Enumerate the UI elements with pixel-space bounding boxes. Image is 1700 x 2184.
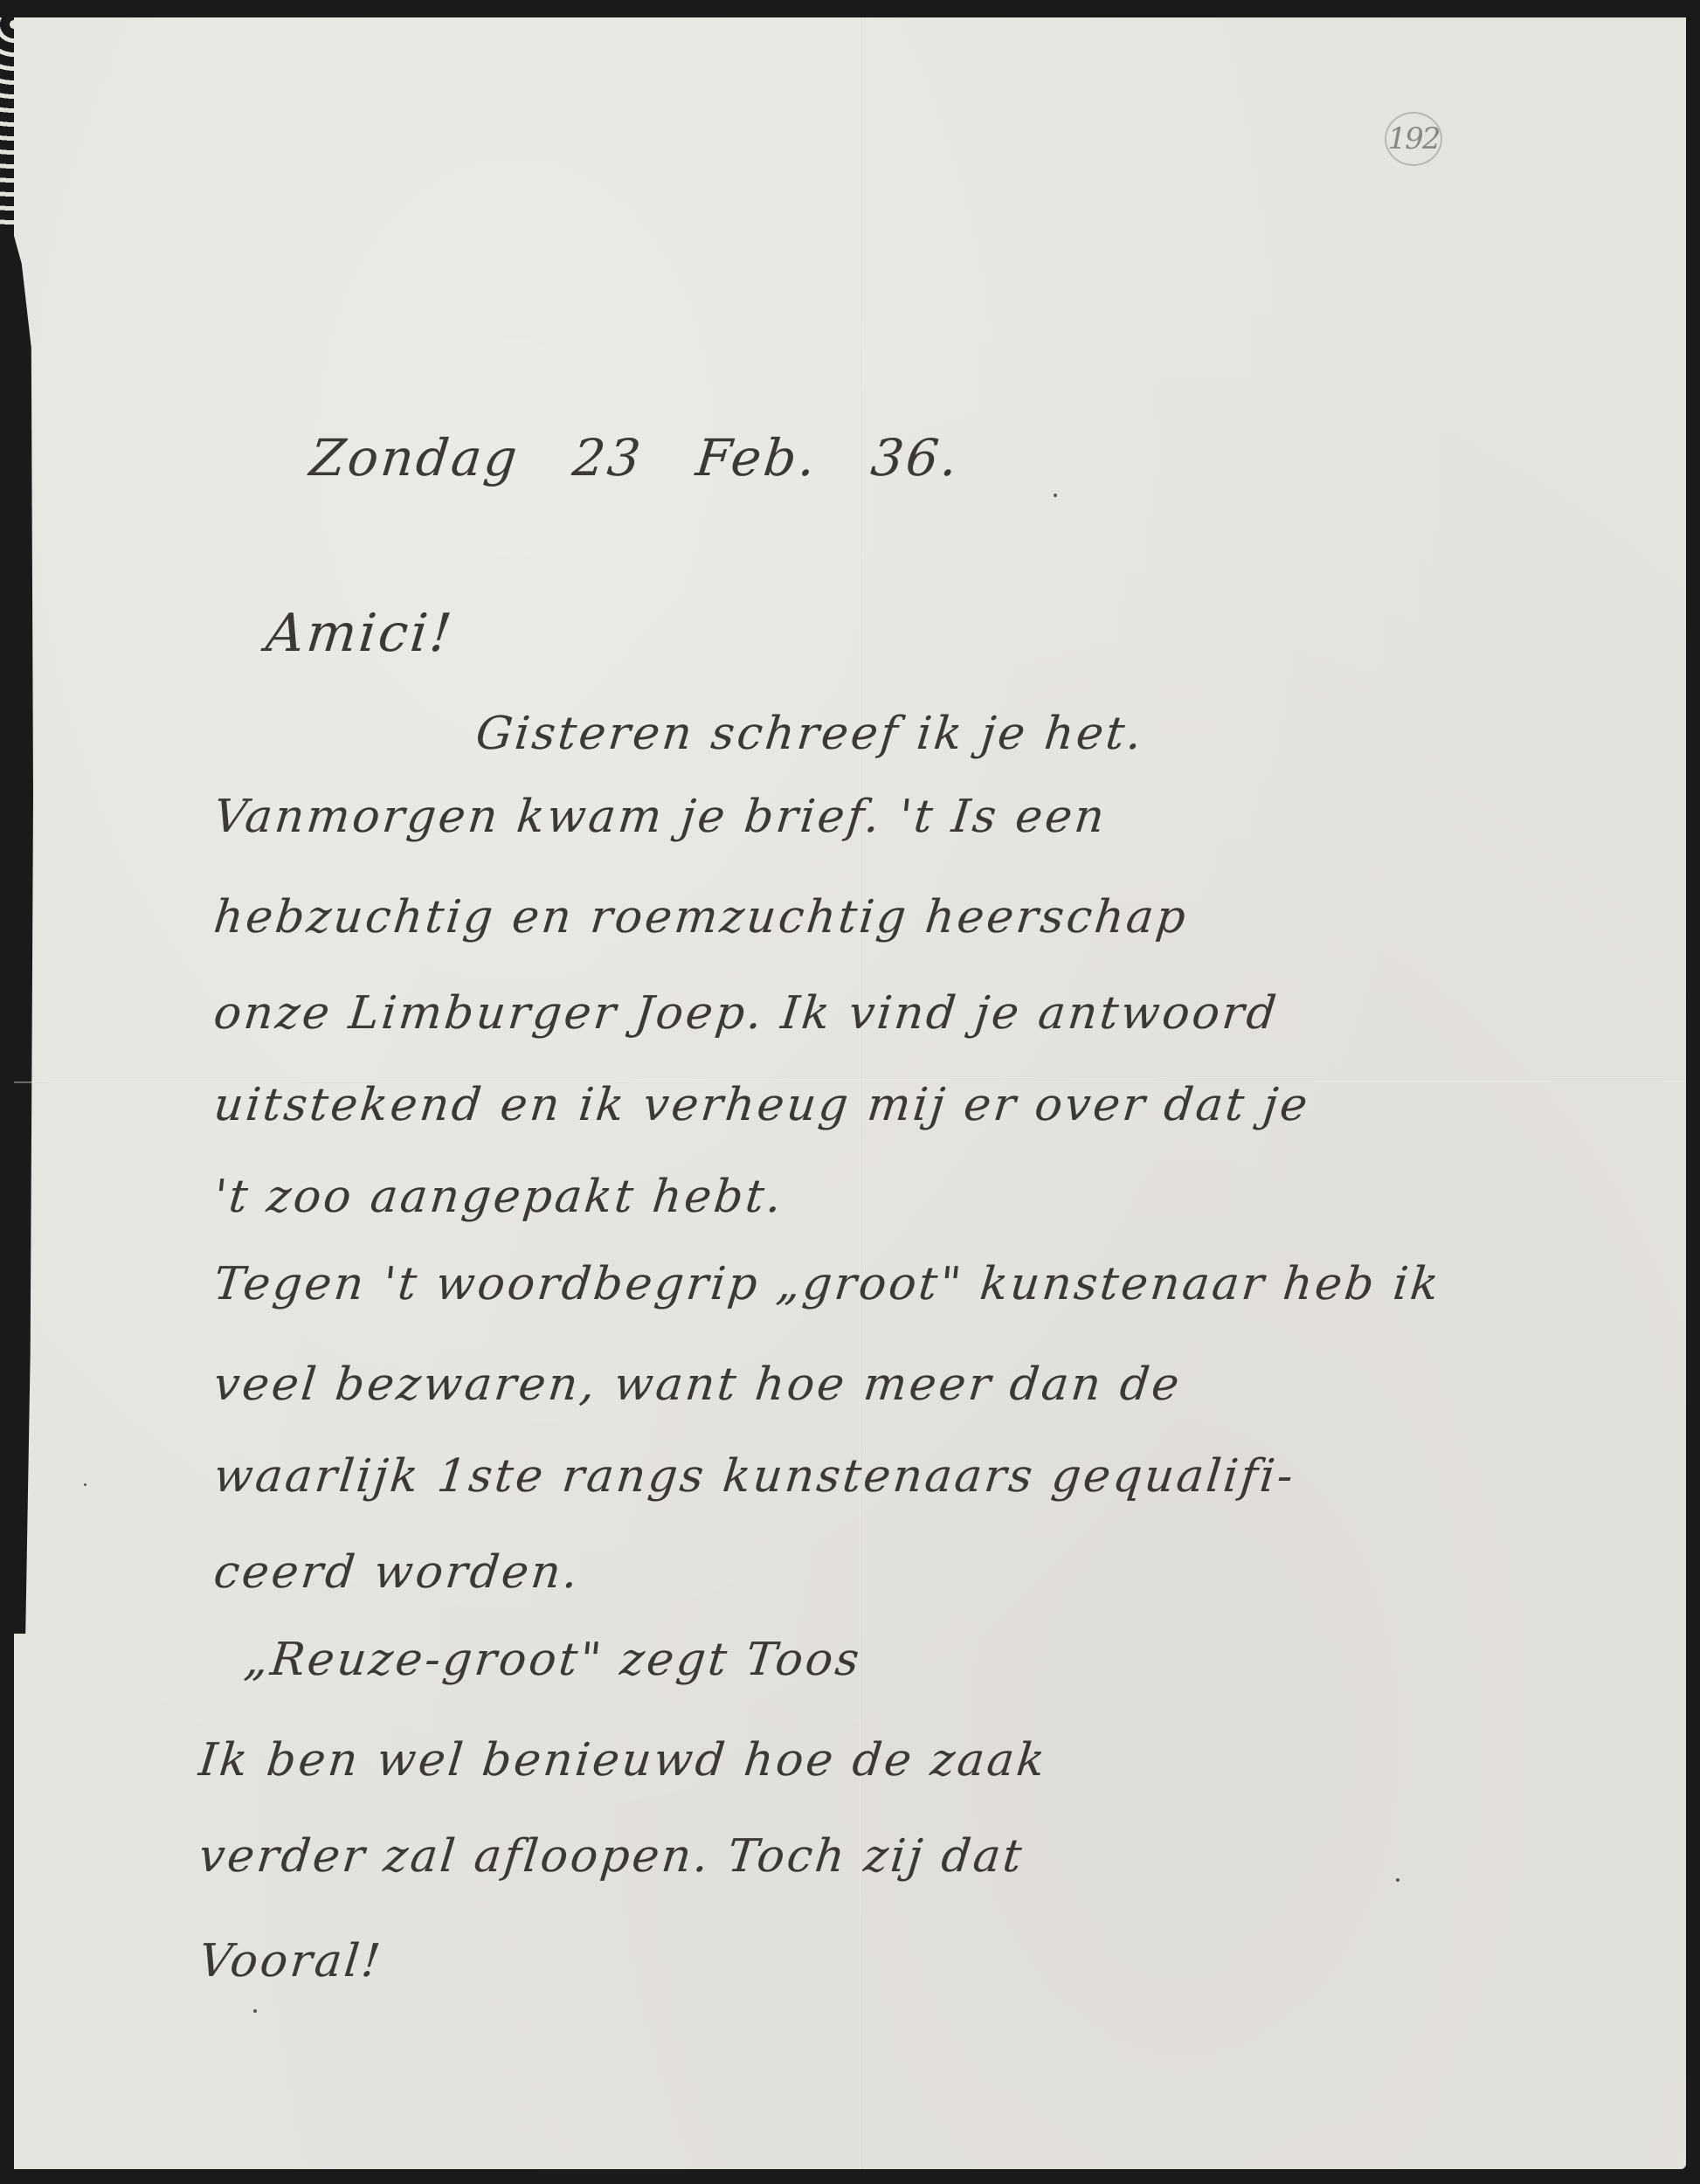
letter-line: 't zoo aangepakt hebt. — [211, 1171, 786, 1223]
ink-speck — [84, 1483, 86, 1486]
letter-line: hebzuchtig en roemzuchtig heerschap — [211, 891, 1191, 943]
letter-line: Vanmorgen kwam je brief. 't Is een — [211, 791, 1109, 843]
letter-greeting: Amici! — [263, 603, 457, 664]
ink-speck — [1396, 1878, 1399, 1882]
scanned-letter: 192 Zondag 23 Feb. 36. Amici! Gisteren s… — [0, 0, 1700, 2184]
letter-line: Ik ben wel benieuwd hoe de zaak — [197, 1734, 1050, 1787]
letter-date: Zondag 23 Feb. 36. — [307, 428, 963, 487]
ink-speck — [1054, 494, 1057, 497]
letter-line: Tegen 't woordbegrip „groot" kunstenaar … — [211, 1258, 1443, 1310]
letter-line: waarlijk 1ste rangs kunstenaars gequalif… — [211, 1450, 1298, 1503]
ink-speck — [253, 2009, 257, 2013]
letter-line: Gisteren schreef ik je het. — [473, 708, 1147, 760]
archive-page-number: 192 — [1385, 112, 1442, 166]
letter-line: onze Limburger Joep. Ik vind je antwoord — [211, 987, 1282, 1040]
letter-line: ceerd worden. — [211, 1546, 583, 1599]
letter-line: verder zal afloopen. Toch zij dat — [197, 1830, 1026, 1883]
letter-line: veel bezwaren, want hoe meer dan de — [211, 1358, 1185, 1411]
letter-line: uitstekend en ik verheug mij er over dat… — [211, 1079, 1313, 1131]
letter-closing: Vooral! — [197, 1935, 385, 1987]
letter-line: „Reuze-groot" zegt Toos — [242, 1634, 864, 1686]
torn-paper-edge — [0, 17, 14, 227]
